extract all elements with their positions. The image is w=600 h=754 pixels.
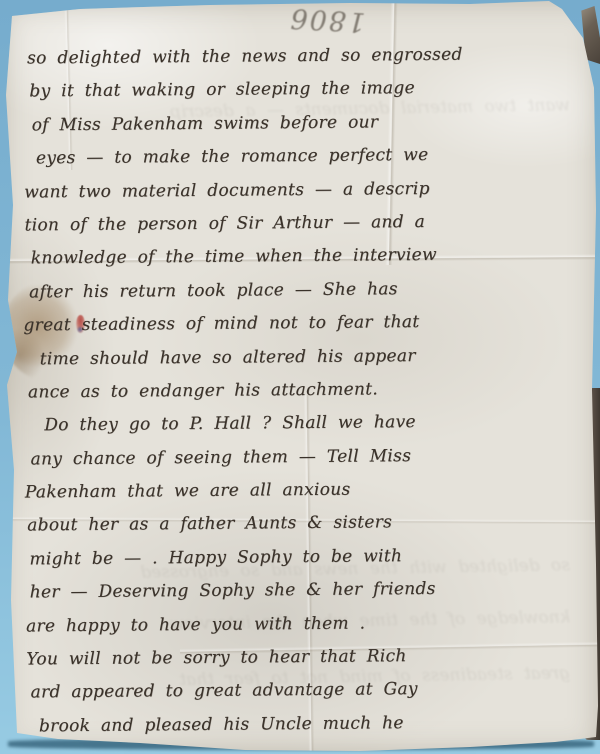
handwriting-line: eyes — to make the romance perfect we xyxy=(36,138,587,176)
handwriting-line: Pakenham that we are all anxious xyxy=(25,472,590,510)
handwriting-line: time should have so altered his appear xyxy=(40,338,589,376)
handwriting-line: after his return took place — She has xyxy=(29,271,588,309)
handwriting-line: of Miss Pakenham swims before our xyxy=(32,104,587,142)
handwriting-line: want two material documents — a descrip xyxy=(24,171,587,209)
handwritten-text-block: so delighted with the news and so engros… xyxy=(21,38,592,744)
handwriting-line: tion of the person of Sir Arthur — and a xyxy=(24,204,587,242)
letter-photograph: want two material documents — a descrip … xyxy=(0,0,600,754)
handwriting-line: might be — . Happy Sophy to be with xyxy=(29,538,590,576)
year-mark: 1806 xyxy=(271,1,382,38)
handwriting-line: You will not be sorry to hear that Rich xyxy=(26,639,591,677)
handwriting-line: ard appeared to great advantage at Gay xyxy=(30,672,591,710)
handwriting-line: so delighted with the news and so engros… xyxy=(27,38,586,76)
handwriting-line: about her as a father Aunts & sisters xyxy=(27,505,590,543)
handwriting-line: any chance of seeing them — Tell Miss xyxy=(30,438,589,476)
handwriting-line: her — Deserving Sophy she & her friends xyxy=(30,572,591,610)
handwriting-line: Do they go to P. Hall ? Shall we have xyxy=(44,405,589,443)
handwriting-line: great steadiness of mind not to fear tha… xyxy=(23,305,588,343)
handwriting-line: knowledge of the time when the interview xyxy=(31,238,588,276)
manuscript-paper: want two material documents — a descrip … xyxy=(0,0,600,754)
handwriting-line: by it that waking or sleeping the image xyxy=(29,71,586,109)
handwriting-line: are happy to have you with them . xyxy=(26,605,591,643)
handwriting-line: brook and pleased his Uncle much he xyxy=(39,705,592,743)
handwriting-line: ance as to endanger his attachment. xyxy=(28,371,589,409)
